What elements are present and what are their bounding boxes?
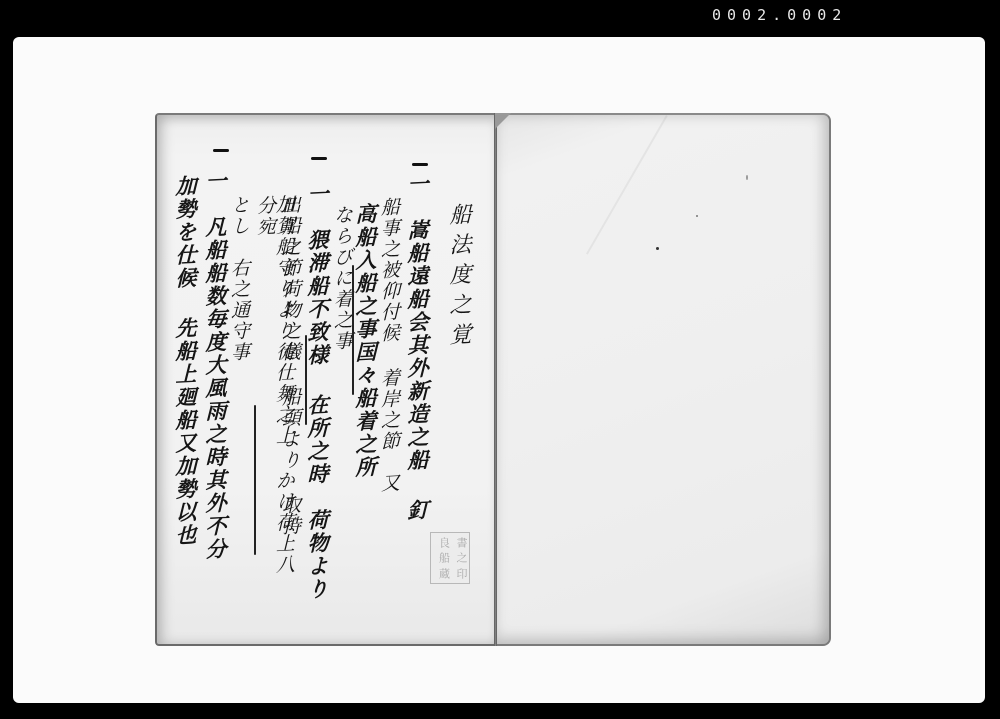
text-column-4: ならびに着之事 bbox=[332, 205, 351, 406]
document-title: 船法度之覚 bbox=[447, 202, 469, 463]
text-column-5: 一 猥滞船不致様 在所之時 荷物より bbox=[307, 182, 328, 603]
seal-character: 蔵 bbox=[433, 566, 450, 581]
text-column-1: 一 嵩船遠船会其外新造之船 釘 bbox=[407, 172, 428, 593]
item-marker-2 bbox=[311, 157, 327, 160]
item-marker-3 bbox=[213, 149, 229, 152]
frame-counter: 0002.0002 bbox=[712, 6, 847, 24]
paper-speck bbox=[696, 215, 698, 217]
page-corner-fold bbox=[495, 113, 511, 129]
seal-character: 良 bbox=[433, 535, 450, 550]
paper-speck bbox=[746, 175, 748, 180]
text-column-9: 一 凡船船数毎度大風雨之時其外不分 bbox=[205, 169, 226, 610]
continuation-stroke bbox=[352, 265, 354, 395]
seal-character: 船 bbox=[433, 551, 450, 566]
seal-character: 書 bbox=[451, 535, 468, 550]
right-page bbox=[496, 113, 831, 646]
paper-speck bbox=[656, 247, 659, 250]
seal-character: 之 bbox=[451, 551, 468, 566]
text-column-10: 加勢を仕候 先船上廻船又加勢以也 bbox=[175, 174, 196, 615]
text-column-7: 加賀船守りより徒仕舞之上 かけ荷上八分宛 bbox=[255, 194, 293, 586]
seal-character: 印 bbox=[451, 566, 468, 581]
text-column-2: 船事之被仰付候 着岸之節 又 bbox=[379, 197, 398, 588]
text-column-3: 高船入船之事国々船着之所 bbox=[355, 202, 376, 563]
left-page: 船法度之覚 一 嵩船遠船会其外新造之船 釘 船事之被仰付候 着岸之節 又 高船入… bbox=[155, 113, 496, 646]
book-spine bbox=[494, 113, 497, 646]
text-column-8: とし 右之通守事 bbox=[229, 195, 248, 526]
continuation-stroke bbox=[305, 335, 307, 425]
continuation-stroke bbox=[254, 405, 256, 555]
open-book: 船法度之覚 一 嵩船遠船会其外新造之船 釘 船事之被仰付候 着岸之節 又 高船入… bbox=[155, 113, 831, 646]
microfilm-viewport: 0002.0002 船法度之覚 一 嵩船遠船会其外新造之船 釘 船事之被仰付候 … bbox=[0, 0, 1000, 719]
ownership-seal: 良 書 船 之 蔵 印 bbox=[430, 532, 470, 584]
item-marker-1 bbox=[412, 163, 428, 166]
